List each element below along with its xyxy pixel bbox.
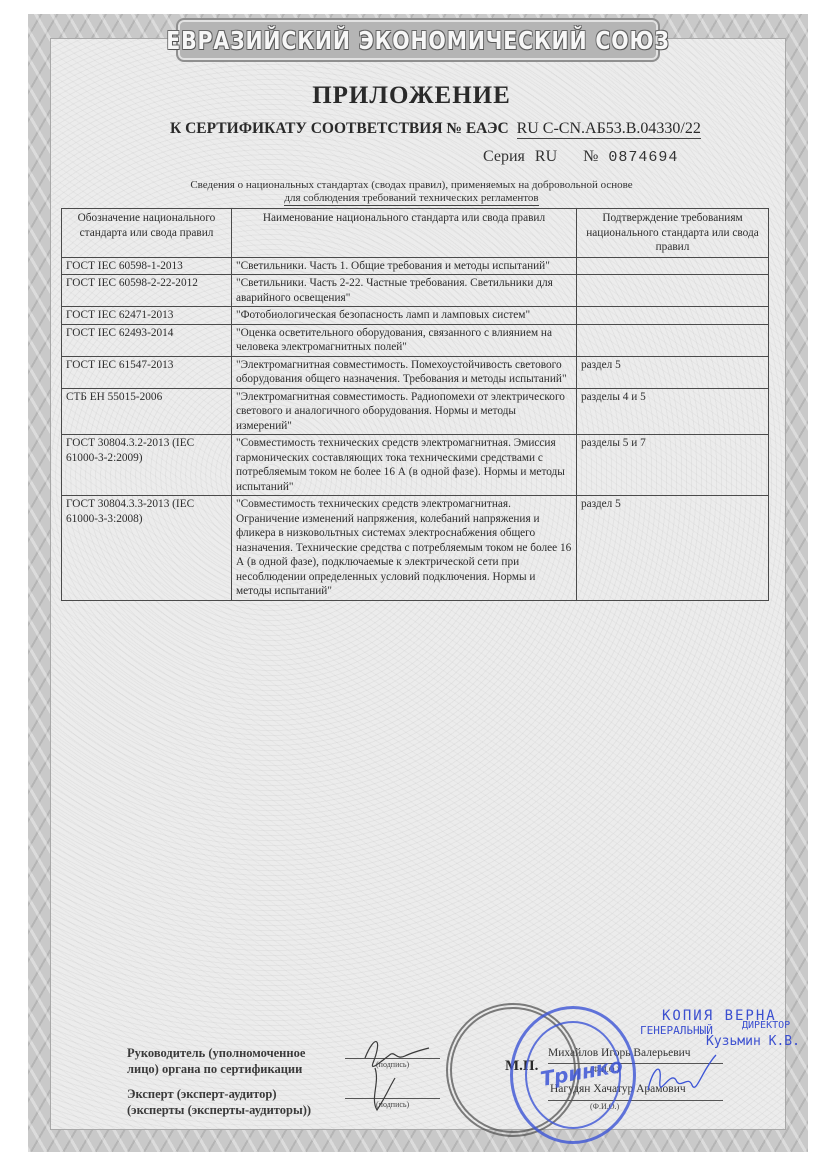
standard-name: "Фотобиологическая безопасность ламп и л… [232, 307, 577, 325]
table-row: ГОСТ IEC 62493-2014 "Оценка осветительно… [62, 324, 769, 356]
table-row: ГОСТ IEC 60598-2-22-2012 "Светильники. Ч… [62, 275, 769, 307]
standard-code: ГОСТ IEC 62471-2013 [62, 307, 232, 325]
number-label: № [583, 148, 598, 165]
intro-line-2: для соблюдения требований технических ре… [284, 192, 538, 206]
standard-name: "Совместимость технических средств элект… [232, 435, 577, 496]
table-row: ГОСТ 30804.3.2-2013 (IEC 61000-3-2:2009)… [62, 435, 769, 496]
column-header-confirmation: Подтверждение требованиям национального … [577, 209, 769, 258]
table-row: ГОСТ IEC 60598-1-2013 "Светильники. Част… [62, 257, 769, 275]
head-label-line-2: лицо) органа по сертификации [127, 1061, 305, 1077]
table-row: СТБ ЕН 55015-2006 "Электромагнитная совм… [62, 388, 769, 435]
table-row: ГОСТ 30804.3.3-2013 (IEC 61000-3-3:2008)… [62, 496, 769, 601]
expert-label-line-2: (эксперты (эксперты-аудиторы)) [127, 1102, 311, 1118]
standard-code: ГОСТ 30804.3.3-2013 (IEC 61000-3-3:2008) [62, 496, 232, 601]
standard-confirmation [577, 275, 769, 307]
certificate-reference: К СЕРТИФИКАТУ СООТВЕТСТВИЯ № ЕАЭС RU C-C… [170, 120, 701, 138]
banner-text: ЕВРАЗИЙСКИЙ ЭКОНОМИЧЕСКИЙ СОЮЗ [166, 26, 670, 55]
standard-confirmation: разделы 5 и 7 [577, 435, 769, 496]
director-signature-icon [640, 1050, 720, 1110]
standard-name: "Оценка осветительного оборудования, свя… [232, 324, 577, 356]
standard-confirmation: разделы 4 и 5 [577, 388, 769, 435]
series-label: Серия [483, 148, 525, 165]
standard-name: "Светильники. Часть 2-22. Частные требов… [232, 275, 577, 307]
table-row: ГОСТ IEC 61547-2013 "Электромагнитная со… [62, 356, 769, 388]
standard-name: "Светильники. Часть 1. Общие требования … [232, 257, 577, 275]
standard-code: ГОСТ IEC 60598-1-2013 [62, 257, 232, 275]
copy-stamp-position: ДИРЕКТОР [742, 1020, 790, 1031]
certificate-label: К СЕРТИФИКАТУ СООТВЕТСТВИЯ № ЕАЭС [170, 120, 509, 137]
head-label-line-1: Руководитель (уполномоченное [127, 1045, 305, 1061]
standard-code: ГОСТ IEC 60598-2-22-2012 [62, 275, 232, 307]
union-banner: ЕВРАЗИЙСКИЙ ЭКОНОМИЧЕСКИЙ СОЮЗ [176, 18, 660, 62]
column-header-name: Наименование национального стандарта или… [232, 209, 577, 258]
certificate-number: RU C-CN.АБ53.В.04330/22 [517, 120, 701, 139]
standard-code: ГОСТ IEC 62493-2014 [62, 324, 232, 356]
intro-line-1: Сведения о национальных стандартах (свод… [0, 179, 823, 192]
standard-confirmation: раздел 5 [577, 496, 769, 601]
handwritten-signature-icon [355, 1028, 435, 1118]
expert-label: Эксперт (эксперт-аудитор) (эксперты (экс… [127, 1086, 311, 1118]
series-value: RU [535, 148, 557, 165]
standard-code: СТБ ЕН 55015-2006 [62, 388, 232, 435]
head-of-body-label: Руководитель (уполномоченное лицо) орган… [127, 1045, 305, 1077]
intro-text: Сведения о национальных стандартах (свод… [0, 179, 823, 206]
table-row: ГОСТ IEC 62471-2013 "Фотобиологическая б… [62, 307, 769, 325]
standard-code: ГОСТ IEC 61547-2013 [62, 356, 232, 388]
column-header-code: Обозначение национального стандарта или … [62, 209, 232, 258]
copy-stamp-name: Кузьмин К.В. [706, 1034, 800, 1049]
copy-stamp-title: ГЕНЕРАЛЬНЫЙ [640, 1024, 713, 1037]
table-header-row: Обозначение национального стандарта или … [62, 209, 769, 258]
standard-name: "Электромагнитная совместимость. Радиопо… [232, 388, 577, 435]
standard-confirmation: раздел 5 [577, 356, 769, 388]
expert-label-line-1: Эксперт (эксперт-аудитор) [127, 1086, 311, 1102]
document-title: ПРИЛОЖЕНИЕ [0, 82, 823, 110]
standard-confirmation [577, 307, 769, 325]
standard-code: ГОСТ 30804.3.2-2013 (IEC 61000-3-2:2009) [62, 435, 232, 496]
series-line: Серия RU № 0874694 [483, 148, 678, 166]
standard-name: "Электромагнитная совместимость. Помехоу… [232, 356, 577, 388]
standard-confirmation [577, 257, 769, 275]
standards-table: Обозначение национального стандарта или … [61, 208, 769, 601]
form-number: 0874694 [608, 149, 678, 166]
standard-confirmation [577, 324, 769, 356]
standard-name: "Совместимость технических средств элект… [232, 496, 577, 601]
